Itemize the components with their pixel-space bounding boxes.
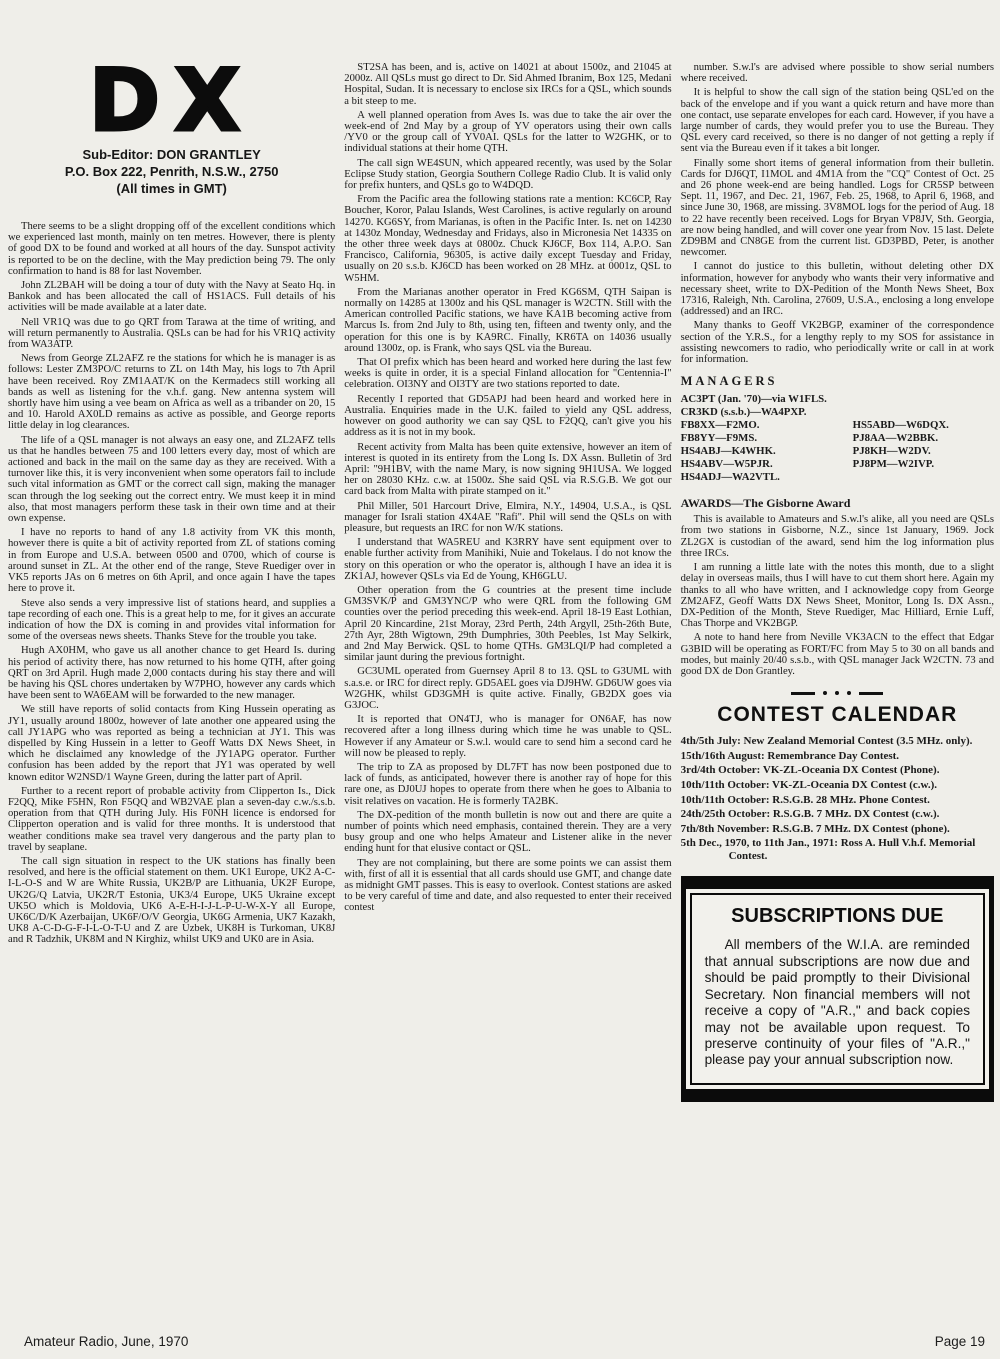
page-footer: Amateur Radio, June, 1970 Page 19 <box>0 1334 1000 1349</box>
paragraph: Recently I reported that GD5APJ had been… <box>344 394 671 439</box>
paragraph: It is helpful to show the call sign of t… <box>681 87 994 154</box>
divider-dash <box>791 692 815 695</box>
subscriptions-body: All members of the W.I.A. are reminded t… <box>705 937 970 1068</box>
awards-heading: AWARDS—The Gisborne Award <box>681 496 994 511</box>
paragraph: I understand that WA5REU and K3RRY have … <box>344 537 671 582</box>
times-note: (All times in GMT) <box>8 180 335 197</box>
paragraph: They are not complaining, but there are … <box>344 858 671 914</box>
left-column: DX Sub-Editor: DON GRANTLEY P.O. Box 222… <box>8 62 335 1102</box>
paragraph: Phil Miller, 501 Harcourt Drive, Elmira,… <box>344 501 671 535</box>
subscriptions-heading: SUBSCRIPTIONS DUE <box>705 905 970 928</box>
dx-masthead: DX Sub-Editor: DON GRANTLEY P.O. Box 222… <box>8 62 335 197</box>
paragraph: The trip to ZA as proposed by DL7FT has … <box>344 762 671 807</box>
right-column: number. S.w.l's are advised where possib… <box>681 62 994 1102</box>
paragraph: I have no reports to hand of any 1.8 act… <box>8 527 335 594</box>
magazine-page: DX Sub-Editor: DON GRANTLEY P.O. Box 222… <box>0 0 1000 1102</box>
contest-entry: 5th Dec., 1970, to 11th Jan., 1971: Ross… <box>681 837 994 862</box>
paragraph: The call sign situation in respect to th… <box>8 856 335 946</box>
middle-column: ST2SA has been, and is, active on 14021 … <box>344 62 671 1102</box>
manager-entry: HS4ABV—W5PJR. <box>681 458 853 471</box>
paragraph: That OI prefix which has been heard and … <box>344 357 671 391</box>
paragraph: This is available to Amateurs and S.w.l'… <box>681 514 994 559</box>
subscriptions-box: SUBSCRIPTIONS DUE All members of the W.I… <box>681 876 994 1101</box>
manager-entry: HS5ABD—W6DQX. <box>853 419 994 432</box>
divider-dot <box>847 691 851 695</box>
paragraph: Finally some short items of general info… <box>681 158 994 259</box>
paragraph: I cannot do justice to this bulletin, wi… <box>681 261 994 317</box>
paragraph: Hugh AX0HM, who gave us all another chan… <box>8 645 335 701</box>
paragraph: Recent activity from Malta has been quit… <box>344 442 671 498</box>
contest-entry: 24th/25th October: R.S.G.B. 7 MHz. DX Co… <box>681 808 994 821</box>
section-divider <box>681 691 994 695</box>
paragraph: The call sign WE4SUN, which appeared rec… <box>344 158 671 192</box>
paragraph: ST2SA has been, and is, active on 14021 … <box>344 62 671 107</box>
divider-dash <box>859 692 883 695</box>
paragraph: A well planned operation from Aves Is. w… <box>344 110 671 155</box>
manager-entry: PJ8AA—W2BBK. <box>853 432 994 445</box>
paragraph: GC3UML operated from Guernsey April 8 to… <box>344 666 671 711</box>
paragraph: John ZL2BAH will be doing a tour of duty… <box>8 280 335 314</box>
manager-entry: HS4ABJ—K4WHK. <box>681 445 853 458</box>
contest-entry: 10th/11th October: VK-ZL-Oceania DX Cont… <box>681 779 994 792</box>
paragraph: Steve also sends a very impressive list … <box>8 598 335 643</box>
paragraph: News from George ZL2AFZ re the stations … <box>8 353 335 431</box>
subscriptions-box-inner: SUBSCRIPTIONS DUE All members of the W.I… <box>690 893 985 1084</box>
divider-dot <box>835 691 839 695</box>
paragraph: Nell VR1Q was due to go QRT from Tarawa … <box>8 317 335 351</box>
paragraph: It is reported that ON4TJ, who is manage… <box>344 714 671 759</box>
dx-column-title: DX <box>8 62 335 140</box>
managers-column-1: FB8XX—F2MO. FB8YY—F9MS. HS4ABJ—K4WHK. HS… <box>681 419 853 484</box>
paragraph: number. S.w.l's are advised where possib… <box>681 62 994 84</box>
paragraph: There seems to be a slight dropping off … <box>8 221 335 277</box>
paragraph: The DX-pedition of the month bulletin is… <box>344 810 671 855</box>
editor-address: P.O. Box 222, Penrith, N.S.W., 2750 <box>8 163 335 180</box>
managers-two-column-list: FB8XX—F2MO. FB8YY—F9MS. HS4ABJ—K4WHK. HS… <box>681 419 994 484</box>
manager-entry: AC3PT (Jan. '70)—via W1FLS. <box>681 393 994 406</box>
manager-entry: PJ8PM—W2IVP. <box>853 458 994 471</box>
contest-calendar-heading: CONTEST CALENDAR <box>681 703 994 727</box>
manager-entry: FB8YY—F9MS. <box>681 432 853 445</box>
paragraph: I am running a little late with the note… <box>681 562 994 629</box>
manager-entry: HS4ADJ—WA2VTL. <box>681 471 853 484</box>
contest-entry: 10th/11th October: R.S.G.B. 28 MHz. Phon… <box>681 794 994 807</box>
contest-entry: 15th/16th August: Remembrance Day Contes… <box>681 750 994 763</box>
contest-entry: 4th/5th July: New Zealand Memorial Conte… <box>681 735 994 748</box>
paragraph: The life of a QSL manager is not always … <box>8 435 335 525</box>
contest-entry: 7th/8th November: R.S.G.B. 7 MHz. DX Con… <box>681 823 994 836</box>
paragraph: From the Marianas another operator in Fr… <box>344 287 671 354</box>
paragraph: From the Pacific area the following stat… <box>344 194 671 284</box>
manager-entry: PJ8KH—W2DV. <box>853 445 994 458</box>
divider-dot <box>823 691 827 695</box>
paragraph: Other operation from the G countries at … <box>344 585 671 663</box>
managers-column-2: HS5ABD—W6DQX. PJ8AA—W2BBK. PJ8KH—W2DV. P… <box>853 419 994 484</box>
footer-page-number: Page 19 <box>935 1334 985 1349</box>
manager-entry: CR3KD (s.s.b.)—WA4PXP. <box>681 406 994 419</box>
sub-editor-line: Sub-Editor: DON GRANTLEY <box>8 146 335 163</box>
footer-publication: Amateur Radio, June, 1970 <box>24 1334 188 1349</box>
paragraph: Many thanks to Geoff VK2BGP, examiner of… <box>681 320 994 365</box>
paragraph: We still have reports of solid contacts … <box>8 704 335 782</box>
contest-entry: 3rd/4th October: VK-ZL-Oceania DX Contes… <box>681 764 994 777</box>
paragraph: A note to hand here from Neville VK3ACN … <box>681 632 994 677</box>
managers-heading: MANAGERS <box>681 374 994 389</box>
paragraph: Further to a recent report of probable a… <box>8 786 335 853</box>
manager-entry: FB8XX—F2MO. <box>681 419 853 432</box>
